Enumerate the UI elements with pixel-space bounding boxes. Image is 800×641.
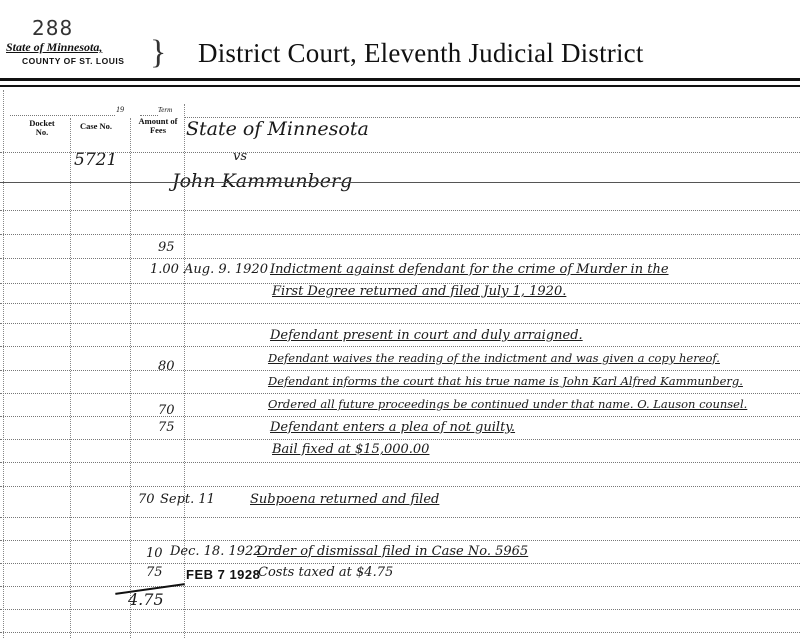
entry-date: Sept. 11 [160,492,215,507]
entry-date: Aug. 9. 1920 [184,262,268,277]
ruled-line [0,517,800,518]
ruled-line [0,462,800,463]
defendant-name: John Kammunberg [172,170,352,192]
entry-text: Ordered all future proceedings be contin… [268,397,747,411]
ruled-line [0,416,800,417]
ruled-line [0,152,800,153]
entry-text: Costs taxed at $4.75 [258,565,393,580]
column-header-case: Case No. [70,122,122,131]
entry-text: Defendant enters a plea of not guilty. [270,420,515,435]
term-year: 19 [116,105,124,114]
ruled-line [0,370,800,371]
page-number: 288 [32,16,73,40]
column-divider [3,90,4,638]
entry-fee: 80 [158,359,175,374]
column-divider [70,118,71,638]
ruled-line [0,486,800,487]
entry-text: Order of dismissal filed in Case No. 596… [257,544,528,559]
column-header-fees: Amount of Fees [133,117,183,135]
ruled-line [0,563,800,564]
ruled-line [0,346,800,347]
case-number: 5721 [74,150,117,170]
ruled-line [0,210,800,211]
ruled-line [0,609,800,610]
ruled-line [0,234,800,235]
ruled-line [0,393,800,394]
entry-text: Bail fixed at $15,000.00 [272,442,429,457]
term-date-line [10,115,115,116]
plaintiff-name: State of Minnesota [186,118,369,140]
total-fees: 4.75 [128,590,164,609]
ruled-line [0,632,800,633]
entry-fee: 75 [158,420,175,435]
entry-text: Defendant informs the court that his tru… [268,374,743,388]
entry-fee: 10 [146,546,163,561]
term-label: Term [158,106,172,114]
ruled-line [0,540,800,541]
ruled-line [0,586,800,587]
county-label: COUNTY OF ST. LOUIS [22,56,124,66]
ruled-line [0,323,800,324]
column-divider [130,118,131,638]
state-label: State of Minnesota, [6,40,102,55]
entry-text: Defendant present in court and duly arra… [270,328,583,343]
caption-rule [0,182,800,183]
entry-text: Indictment against defendant for the cri… [270,262,669,277]
entry-fee: 75 [146,565,163,580]
ruled-line [0,258,800,259]
header-rule-bottom [0,85,800,87]
court-title: District Court, Eleventh Judicial Distri… [198,38,644,69]
entry-fee: 70 [158,403,175,418]
date-stamp: FEB 7 1928 [186,567,260,582]
entry-text: Defendant waives the reading of the indi… [268,351,720,365]
column-header-docket: Docket No. [22,119,62,137]
ruled-line [0,439,800,440]
brace-divider: } [150,36,166,70]
ruled-line [0,303,800,304]
entry-text: Subpoena returned and filed [250,492,439,507]
entry-date: Dec. 18. 1922. [170,544,266,559]
header-rule-top [0,78,800,81]
entry-text: First Degree returned and filed July 1, … [272,284,566,299]
entry-fee: 70 [138,492,155,507]
entry-fee: 1.00 [150,262,179,277]
entry-fee: 95 [158,240,175,255]
